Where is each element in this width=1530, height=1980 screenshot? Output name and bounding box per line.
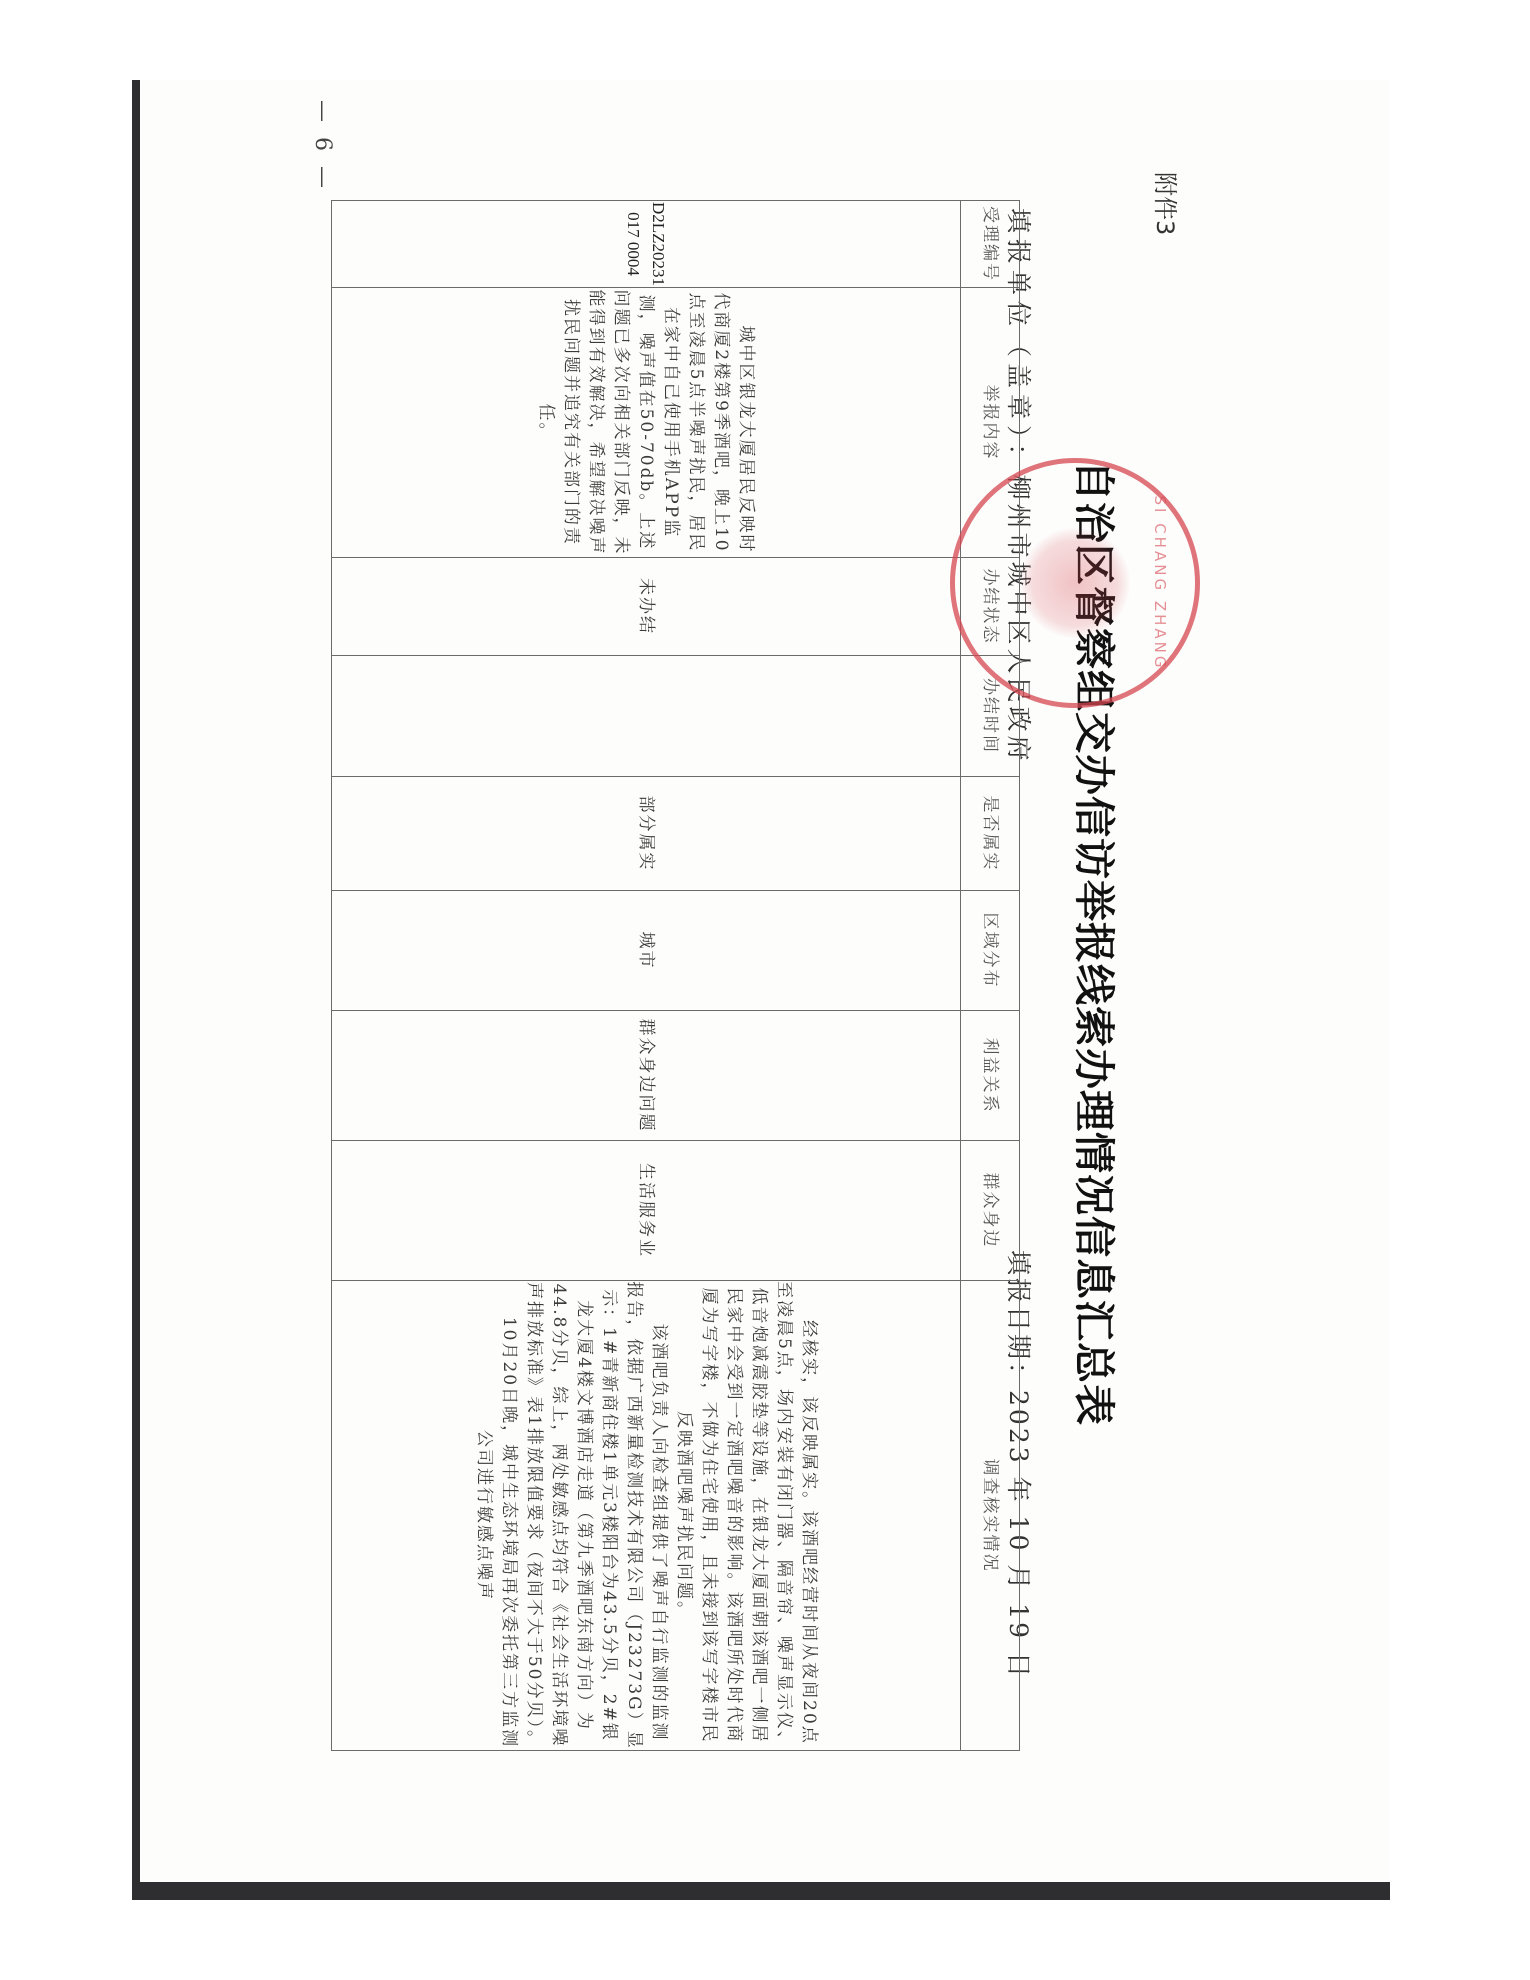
table-row: D2LZ20231017 0004 城中区银龙大厦居民反映时代商厦2楼第9季酒吧… xyxy=(332,201,961,1751)
cell-verified: 部分属实 xyxy=(332,777,961,891)
table-header-row: 受理编号 举报内容 办结状态 办结时间 是否属实 区域分布 利益关系 群众身边 … xyxy=(961,201,1020,1751)
header-investigation: 调查核实情况 xyxy=(961,1281,1020,1751)
page-number: — 6 — xyxy=(310,100,335,192)
header-completion-time: 办结时间 xyxy=(961,656,1020,777)
investigation-paragraph: 该酒吧负责人向检查组提供了噪声自行监测的监测报告，依据广西新量检测技术有限公司（… xyxy=(521,1281,671,1750)
document-page: 附件3 自治区督察组交办信访举报线索办理情况信息汇总表 填报单位（盖章）：柳州市… xyxy=(140,80,1390,1880)
header-completion-status: 办结状态 xyxy=(961,558,1020,656)
cell-public-nearby: 生活服务业 xyxy=(332,1141,961,1281)
header-public-nearby: 群众身边 xyxy=(961,1141,1020,1281)
report-table: 受理编号 举报内容 办结状态 办结时间 是否属实 区域分布 利益关系 群众身边 … xyxy=(331,200,1020,1751)
attachment-label: 附件3 xyxy=(1150,172,1185,235)
header-verified: 是否属实 xyxy=(961,777,1020,891)
header-case-number: 受理编号 xyxy=(961,201,1020,288)
investigation-paragraph: 10月20日晚，城中生态环境局再次委托第三方监测公司进行敏感点噪声 xyxy=(471,1281,521,1750)
cell-interest-relation: 群众身边问题 xyxy=(332,1011,961,1141)
investigation-paragraph: 经核实，该反映属实。该酒吧经营时间从夜间20点至凌晨5点，场内安装有闭门器、隔音… xyxy=(671,1281,821,1750)
cell-completion-status: 未办结 xyxy=(332,558,961,656)
header-report-content: 举报内容 xyxy=(961,288,1020,558)
cell-investigation: 经核实，该反映属实。该酒吧经营时间从夜间20点至凌晨5点，场内安装有闭门器、隔音… xyxy=(332,1281,961,1751)
report-content-text: 城中区银龙大厦居民反映时代商厦2楼第9季酒吧，晚上10点至凌晨5点半噪声扰民，居… xyxy=(534,288,759,557)
seal-text: SI CHANG ZHANG xyxy=(1151,495,1169,670)
cell-case-number: D2LZ20231017 0004 xyxy=(332,201,961,288)
header-interest-relation: 利益关系 xyxy=(961,1011,1020,1141)
cell-report-content: 城中区银龙大厦居民反映时代商厦2楼第9季酒吧，晚上10点至凌晨5点半噪声扰民，居… xyxy=(332,288,961,558)
cell-completion-time xyxy=(332,656,961,777)
document-title: 自治区督察组交办信访举报线索办理情况信息汇总表 xyxy=(1068,460,1127,1426)
cell-region: 城市 xyxy=(332,891,961,1011)
header-region: 区域分布 xyxy=(961,891,1020,1011)
